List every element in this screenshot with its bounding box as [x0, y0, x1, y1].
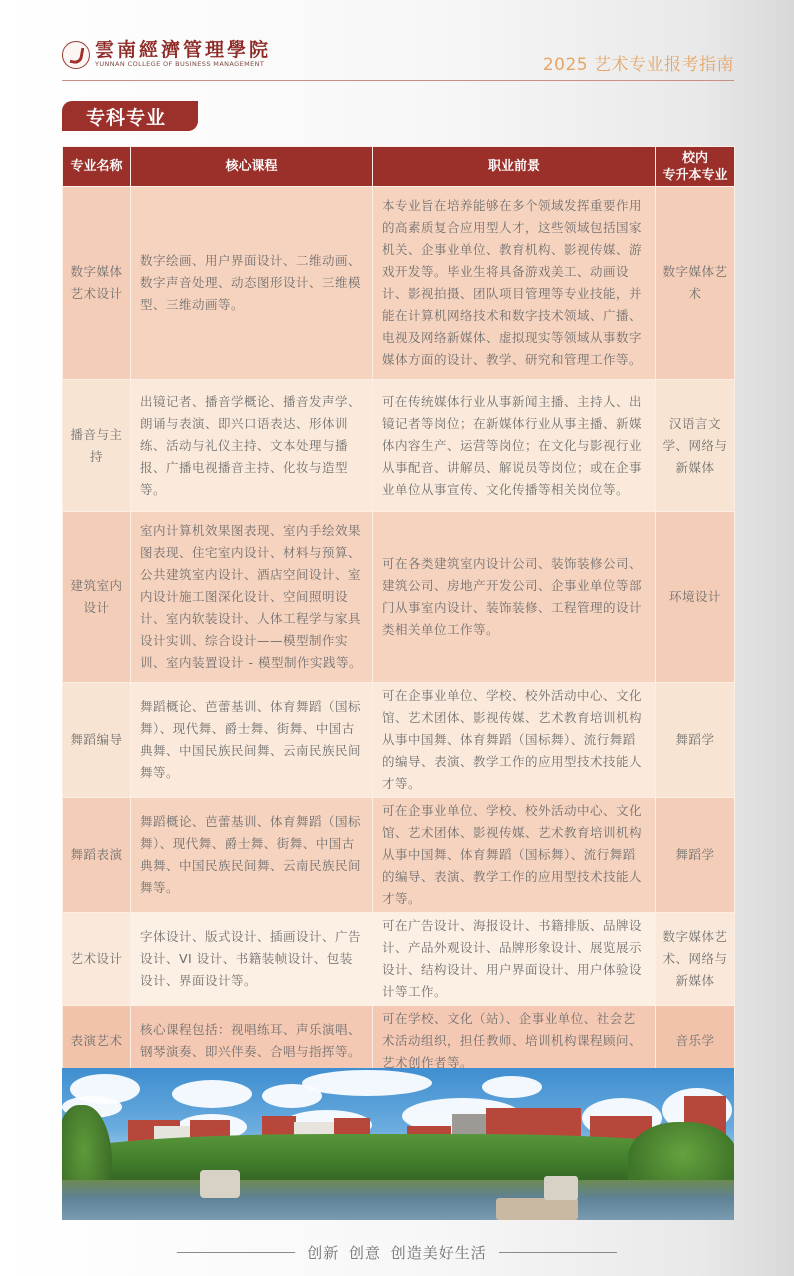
career-prospects: 可在企事业单位、学校、校外活动中心、文化馆、艺术团体、影视传媒、艺术教育培训机构…	[373, 683, 656, 798]
core-courses: 核心课程包括：视唱练耳、声乐演唱、钢琴演奏、即兴伴奏、合唱与指挥等。	[131, 1006, 373, 1077]
table-header-row: 专业名称 核心课程 职业前景 校内 专升本专业	[63, 147, 735, 187]
upgrade-major: 数字媒体艺术	[656, 187, 735, 380]
slogan-text: 创新 创意 创造美好生活	[307, 1242, 487, 1263]
table-row: 舞蹈编导 舞蹈概论、芭蕾基训、体育舞蹈（国标舞）、现代舞、爵士舞、街舞、中国古典…	[63, 683, 735, 798]
page-header: 雲南經濟管理學院 YUNNAN COLLEGE OF BUSINESS MANA…	[62, 40, 734, 80]
college-emblem-icon	[62, 41, 90, 69]
career-prospects: 可在传统媒体行业从事新闻主播、主持人、出镜记者等岗位；在新媒体行业从事主播、新媒…	[373, 380, 656, 512]
major-name: 数字媒体艺术设计	[63, 187, 131, 380]
upgrade-major: 环境设计	[656, 512, 735, 683]
career-prospects: 可在各类建筑室内设计公司、装饰装修公司、建筑公司、房地产开发公司、企事业单位等部…	[373, 512, 656, 683]
major-name: 舞蹈表演	[63, 798, 131, 913]
campus-photo	[62, 1068, 734, 1220]
majors-table: 专业名称 核心课程 职业前景 校内 专升本专业 数字媒体艺术设计 数字绘画、用户…	[62, 146, 735, 1077]
core-courses: 舞蹈概论、芭蕾基训、体育舞蹈（国标舞）、现代舞、爵士舞、街舞、中国古典舞、中国民…	[131, 798, 373, 913]
upgrade-major: 舞蹈学	[656, 798, 735, 913]
upgrade-major: 数字媒体艺术、网络与新媒体	[656, 913, 735, 1006]
career-prospects: 可在企事业单位、学校、校外活动中心、文化馆、艺术团体、影视传媒、艺术教育培训机构…	[373, 798, 656, 913]
table-row: 数字媒体艺术设计 数字绘画、用户界面设计、二维动画、数字声音处理、动态图形设计、…	[63, 187, 735, 380]
major-name: 建筑室内设计	[63, 512, 131, 683]
college-name-cn: 雲南經濟管理學院	[95, 40, 271, 60]
career-prospects: 可在广告设计、海报设计、书籍排版、品牌设计、产品外观设计、品牌形象设计、展览展示…	[373, 913, 656, 1006]
upgrade-major: 汉语言文学、网络与新媒体	[656, 380, 735, 512]
col-header-prospects: 职业前景	[373, 147, 656, 187]
major-name: 播音与主持	[63, 380, 131, 512]
core-courses: 字体设计、版式设计、插画设计、广告设计、VI 设计、书籍装帧设计、包装设计、界面…	[131, 913, 373, 1006]
college-logo: 雲南經濟管理學院 YUNNAN COLLEGE OF BUSINESS MANA…	[62, 40, 271, 69]
core-courses: 室内计算机效果图表现、室内手绘效果图表现、住宅室内设计、材料与预算、公共建筑室内…	[131, 512, 373, 683]
core-courses: 数字绘画、用户界面设计、二维动画、数字声音处理、动态图形设计、三维模型、三维动画…	[131, 187, 373, 380]
col-header-courses: 核心课程	[131, 147, 373, 187]
header-divider	[62, 80, 734, 81]
major-name: 表演艺术	[63, 1006, 131, 1077]
section-title: 专科专业	[62, 101, 198, 131]
footer-divider-right	[499, 1252, 617, 1253]
major-name: 舞蹈编导	[63, 683, 131, 798]
table-row: 艺术设计 字体设计、版式设计、插画设计、广告设计、VI 设计、书籍装帧设计、包装…	[63, 913, 735, 1006]
col-header-upgrade: 校内 专升本专业	[656, 147, 735, 187]
career-prospects: 本专业旨在培养能够在多个领域发挥重要作用的高素质复合应用型人才，这些领域包括国家…	[373, 187, 656, 380]
footer-slogan: 创新 创意 创造美好生活	[0, 1240, 794, 1264]
career-prospects: 可在学校、文化（站）、企事业单位、社会艺术活动组织，担任教师、培训机构课程顾问、…	[373, 1006, 656, 1077]
core-courses: 舞蹈概论、芭蕾基训、体育舞蹈（国标舞）、现代舞、爵士舞、街舞、中国古典舞、中国民…	[131, 683, 373, 798]
table-row: 播音与主持 出镜记者、播音学概论、播音发声学、朗诵与表演、即兴口语表达、形体训练…	[63, 380, 735, 512]
upgrade-major: 音乐学	[656, 1006, 735, 1077]
table-row: 建筑室内设计 室内计算机效果图表现、室内手绘效果图表现、住宅室内设计、材料与预算…	[63, 512, 735, 683]
table-row: 舞蹈表演 舞蹈概论、芭蕾基训、体育舞蹈（国标舞）、现代舞、爵士舞、街舞、中国古典…	[63, 798, 735, 913]
upgrade-major: 舞蹈学	[656, 683, 735, 798]
guide-title: 2025 艺术专业报考指南	[543, 50, 734, 75]
major-name: 艺术设计	[63, 913, 131, 1006]
col-header-major: 专业名称	[63, 147, 131, 187]
footer-divider-left	[177, 1252, 295, 1253]
core-courses: 出镜记者、播音学概论、播音发声学、朗诵与表演、即兴口语表达、形体训练、活动与礼仪…	[131, 380, 373, 512]
college-name-en: YUNNAN COLLEGE OF BUSINESS MANAGEMENT	[95, 60, 271, 69]
table-row: 表演艺术 核心课程包括：视唱练耳、声乐演唱、钢琴演奏、即兴伴奏、合唱与指挥等。 …	[63, 1006, 735, 1077]
